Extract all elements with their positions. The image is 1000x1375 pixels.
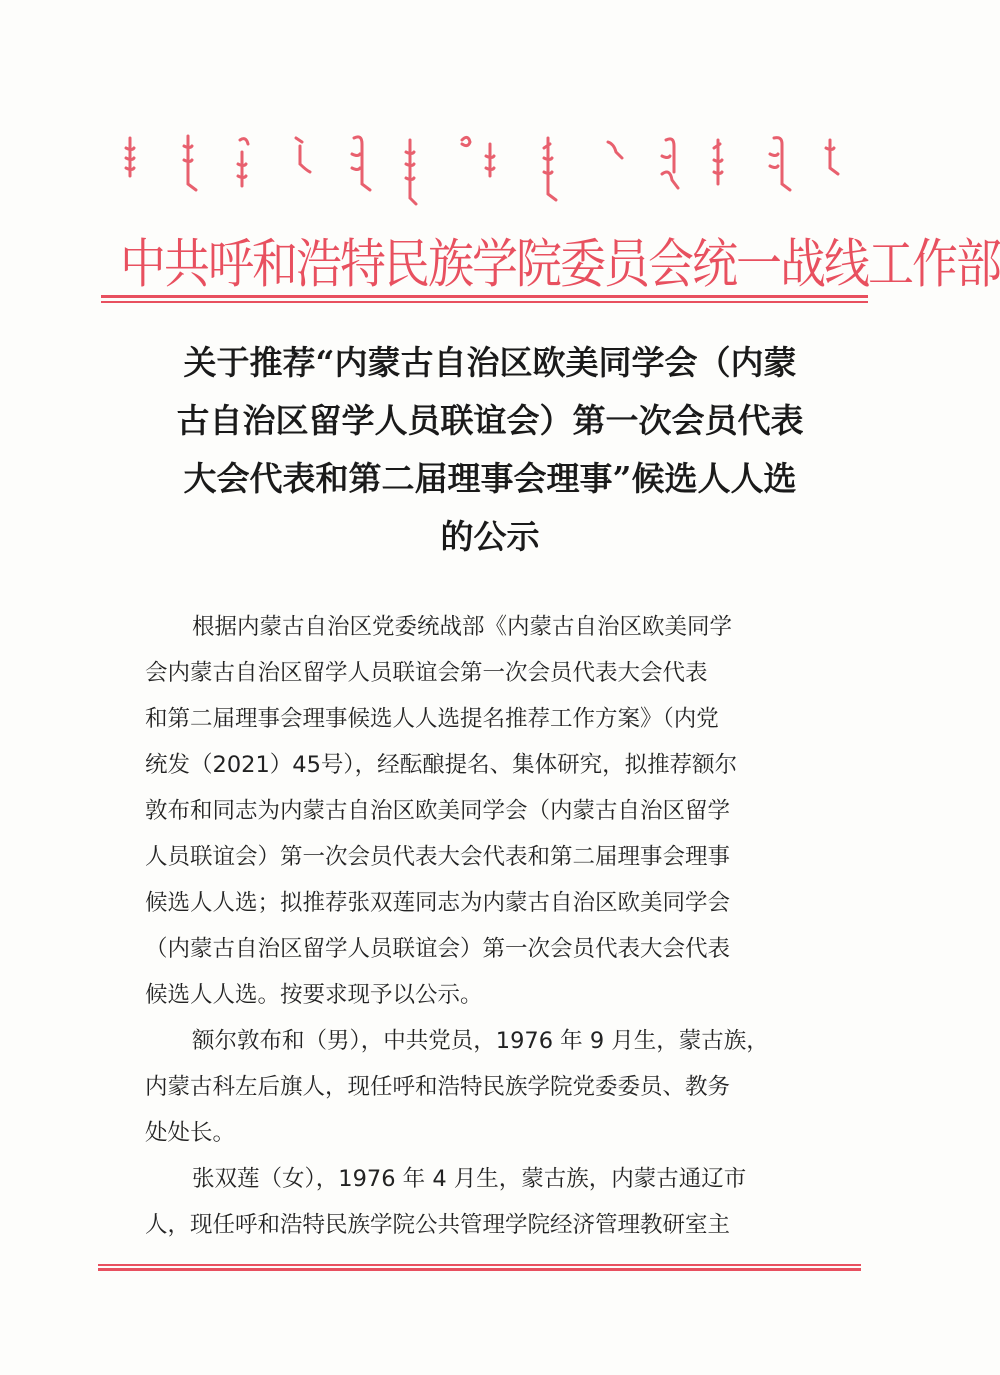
- header-divider-thick: [101, 295, 868, 298]
- body-line: 张双莲（女），1976 年 4 月生，蒙古族，内蒙古通辽市: [145, 1156, 825, 1202]
- body-line: 统发（2021）45号），经酝酿提名、集体研究，拟推荐额尔: [145, 742, 825, 788]
- footer-divider-thin: [98, 1264, 861, 1266]
- mongolian-script-header: [118, 134, 838, 194]
- header-divider-thin: [101, 301, 868, 303]
- body-line: 内蒙古科左后旗人，现任呼和浩特民族学院党委委员、教务: [145, 1064, 825, 1110]
- title-line: 古自治区留学人员联谊会）第一次会员代表: [140, 392, 840, 450]
- document-body: 根据内蒙古自治区党委统战部《内蒙古自治区欧美同学 会内蒙古自治区留学人员联谊会第…: [145, 604, 825, 1248]
- document-title: 关于推荐“内蒙古自治区欧美同学会（内蒙 古自治区留学人员联谊会）第一次会员代表 …: [140, 334, 840, 566]
- body-line: 候选人人选；拟推荐张双莲同志为内蒙古自治区欧美同学会: [145, 880, 825, 926]
- body-line: 根据内蒙古自治区党委统战部《内蒙古自治区欧美同学: [145, 604, 825, 650]
- body-line: 处处长。: [145, 1110, 825, 1156]
- body-line: （内蒙古自治区留学人员联谊会）第一次会员代表大会代表: [145, 926, 825, 972]
- body-line: 人员联谊会）第一次会员代表大会代表和第二届理事会理事: [145, 834, 825, 880]
- body-line: 额尔敦布和（男），中共党员，1976 年 9 月生，蒙古族，: [145, 1018, 825, 1064]
- title-line: 关于推荐“内蒙古自治区欧美同学会（内蒙: [140, 334, 840, 392]
- title-line: 的公示: [140, 508, 840, 566]
- body-line: 敦布和同志为内蒙古自治区欧美同学会（内蒙古自治区留学: [145, 788, 825, 834]
- mongolian-script-icon: [118, 134, 848, 214]
- footer-divider-thick: [98, 1268, 861, 1271]
- body-line: 会内蒙古自治区留学人员联谊会第一次会员代表大会代表: [145, 650, 825, 696]
- title-line: 大会代表和第二届理事会理事”候选人人选: [140, 450, 840, 508]
- organization-name: 中共呼和浩特民族学院委员会统一战线工作部: [120, 222, 860, 298]
- body-line: 人，现任呼和浩特民族学院公共管理学院经济管理教研室主: [145, 1202, 825, 1248]
- body-line: 和第二届理事会理事候选人人选提名推荐工作方案》（内党: [145, 696, 825, 742]
- body-line: 候选人人选。按要求现予以公示。: [145, 972, 825, 1018]
